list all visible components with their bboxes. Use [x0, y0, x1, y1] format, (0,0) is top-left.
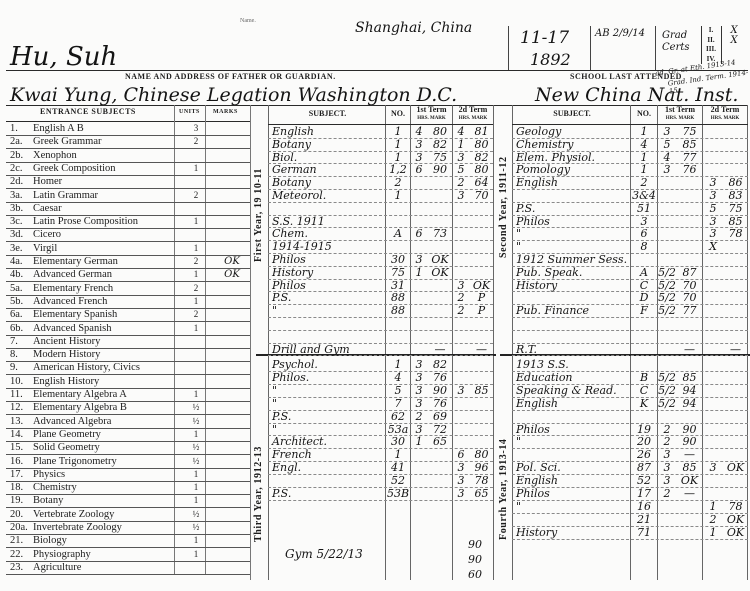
- no-header: No.: [386, 110, 410, 118]
- hrs-mark-header: Hrs. Mark: [411, 115, 452, 123]
- course-t1-hrs: 5/2: [658, 398, 676, 410]
- fourth-year-course-row: Philos19290: [0, 424, 750, 436]
- course-t2-mark: OK: [724, 527, 747, 539]
- course-no: 8: [631, 241, 657, 253]
- year-boxes: I. II. III. IV. X X: [701, 26, 748, 64]
- subject-header: Subject.: [270, 110, 385, 118]
- course-t1-hrs: 5/2: [658, 372, 676, 384]
- course-t2-hrs: 3: [703, 462, 723, 474]
- course-no: 4: [631, 139, 657, 151]
- course-subject: Pol. Sci.: [516, 462, 628, 474]
- course-t2-hrs: 3: [703, 190, 723, 202]
- course-t1-mark: 76: [677, 164, 702, 176]
- course-subject: Philos: [516, 216, 628, 228]
- footer-mark: 90: [468, 538, 482, 551]
- entrance-subject: Agriculture: [33, 561, 81, 574]
- course-subject: ": [516, 501, 628, 513]
- course-t1-mark: 85: [677, 462, 702, 474]
- marks-header: Marks: [213, 109, 238, 115]
- fourth-year-course-row: "20290: [0, 436, 750, 448]
- course-no: 1: [631, 126, 657, 138]
- course-t1-mark: 77: [677, 152, 702, 164]
- course-t1-mark: —: [677, 449, 702, 461]
- second-year-course-row: "6378: [0, 228, 750, 240]
- fourth-year-course-row: 263—: [0, 449, 750, 461]
- course-subject: R.T.: [516, 344, 628, 356]
- course-t2-hrs: 1: [703, 527, 723, 539]
- course-t1-hrs: 5: [658, 139, 676, 151]
- course-subject: Chemistry: [516, 139, 628, 151]
- course-t1-mark: 75: [677, 126, 702, 138]
- year-box-label: I.: [702, 26, 720, 36]
- course-subject: Geology: [516, 126, 628, 138]
- course-subject: ": [516, 228, 628, 240]
- course-subject: Pub. Speak.: [516, 267, 628, 279]
- entrance-header: Entrance Subjects: [40, 107, 136, 116]
- course-no: C: [631, 385, 657, 397]
- course-subject: Education: [516, 372, 628, 384]
- course-t2-mark: OK: [724, 462, 747, 474]
- fourth-year-course-row: Speaking & Read.C5/294: [0, 385, 750, 397]
- second-year-course-row: English2386: [0, 177, 750, 189]
- course-t2-hrs: 3: [703, 228, 723, 240]
- entrance-subject: Physiography: [33, 548, 91, 561]
- course-subject: English: [516, 475, 628, 487]
- course-no: 52: [631, 475, 657, 487]
- subject-header: Subject.: [514, 110, 630, 118]
- course-subject: English: [516, 177, 628, 189]
- fourth-year-course-row: Pol. Sci.873853OK: [0, 462, 750, 474]
- course-t2-mark: 78: [724, 501, 747, 513]
- course-no: 26: [631, 449, 657, 461]
- fourth-year-course-row: EnglishK5/294: [0, 398, 750, 410]
- units-header: Units: [179, 109, 200, 115]
- second-year-course-row: [0, 331, 750, 343]
- second-year-course-row: 1912 Summer Sess.: [0, 254, 750, 266]
- course-t1-hrs: 3: [658, 126, 676, 138]
- admit-code: AB 2/9/14: [595, 28, 645, 39]
- course-subject: Philos: [516, 424, 628, 436]
- course-no: 20: [631, 436, 657, 448]
- course-t2-mark: 83: [724, 190, 747, 202]
- course-t2-hrs: 3: [703, 177, 723, 189]
- course-no: 3&4: [631, 190, 657, 202]
- hrs-mark-header: Hrs. Mark: [453, 115, 493, 123]
- course-t1-hrs: 5/2: [658, 267, 676, 279]
- course-t2-mark: 85: [724, 216, 747, 228]
- gym-note: Gym 5/22/13: [285, 547, 363, 561]
- course-no: C: [631, 280, 657, 292]
- course-t2-hrs: 3: [703, 216, 723, 228]
- course-t1-hrs: 2: [658, 424, 676, 436]
- course-subject: 1912 Summer Sess.: [516, 254, 628, 266]
- course-t1-hrs: 2: [658, 488, 676, 500]
- term1-header: 1st Term: [411, 106, 452, 114]
- course-t1-hrs: 3: [658, 164, 676, 176]
- course-t2-hrs: 5: [703, 203, 723, 215]
- year-box-mark: X: [722, 36, 746, 46]
- course-no: 21: [631, 514, 657, 526]
- course-no: 51: [631, 203, 657, 215]
- course-t1-hrs: 3: [658, 475, 676, 487]
- fourth-year-course-row: [0, 411, 750, 423]
- course-no: F: [631, 305, 657, 317]
- course-subject: ": [516, 436, 628, 448]
- entrance-row: 22.Physiography1: [6, 548, 250, 562]
- second-year-course-row: Chemistry4585: [0, 139, 750, 151]
- second-year-course-row: Pub. FinanceF5/277: [0, 305, 750, 317]
- hrs-mark-header: Hrs. Mark: [658, 115, 702, 123]
- fourth-year-course-row: History711OK: [0, 527, 750, 539]
- second-year-course-row: R.T.——: [0, 344, 750, 356]
- entrance-num: 22.: [10, 548, 32, 561]
- second-year-course-row: D5/270: [0, 292, 750, 304]
- birthplace: Shanghai, China: [355, 20, 472, 36]
- fourth-year-course-row: 1913 S.S.: [0, 359, 750, 371]
- footer-mark: 60: [468, 568, 482, 581]
- birth-date: 11-17: [520, 28, 569, 48]
- course-subject: Pub. Finance: [516, 305, 628, 317]
- second-year-course-row: Pomology1376: [0, 164, 750, 176]
- course-t1-hrs: 3: [658, 449, 676, 461]
- grad-note: Grad Certs: [662, 30, 702, 54]
- course-no: 1: [631, 164, 657, 176]
- second-year-course-row: "8X: [0, 241, 750, 253]
- fourth-year-course-row: EducationB5/285: [0, 372, 750, 384]
- course-subject: P.S.: [516, 203, 628, 215]
- fourth-year-course-row: "16178: [0, 501, 750, 513]
- course-t1-mark: 70: [677, 280, 702, 292]
- course-subject: Philos: [516, 488, 628, 500]
- course-no: A: [631, 267, 657, 279]
- name-label: Name.: [240, 18, 256, 24]
- student-name: Hu, Suh: [10, 42, 117, 72]
- second-year-course-row: HistoryC5/270: [0, 280, 750, 292]
- course-t1-mark: 90: [677, 424, 702, 436]
- entrance-units: 1: [184, 548, 208, 561]
- course-t1-hrs: 5/2: [658, 280, 676, 292]
- course-no: 19: [631, 424, 657, 436]
- course-t1-mark: 87: [677, 267, 702, 279]
- course-t1-hrs: 4: [658, 152, 676, 164]
- course-t1-mark: 85: [677, 372, 702, 384]
- course-subject: History: [516, 527, 628, 539]
- course-t1-hrs: 2: [658, 436, 676, 448]
- course-t1-mark: 94: [677, 385, 702, 397]
- father-label: Name and Address of Father or Guardian.: [125, 72, 336, 81]
- course-t2-hrs: 1: [703, 501, 723, 513]
- course-no: 3: [631, 216, 657, 228]
- entrance-row: 23.Agriculture: [6, 561, 250, 575]
- course-t1-hrs: 5/2: [658, 292, 676, 304]
- second-year-course-row: Geology1375: [0, 126, 750, 138]
- second-year-course-row: [0, 318, 750, 330]
- second-year-course-row: P.S.51575: [0, 203, 750, 215]
- course-no: 16: [631, 501, 657, 513]
- course-subject: Speaking & Read.: [516, 385, 628, 397]
- term2-header: 2d Term: [453, 106, 493, 114]
- course-t1-mark: 70: [677, 292, 702, 304]
- second-year-course-row: Philos3385: [0, 216, 750, 228]
- course-t2-mark: 86: [724, 177, 747, 189]
- course-subject: Pomology: [516, 164, 628, 176]
- year-box-label: II.: [702, 36, 720, 46]
- course-t1-mark: OK: [677, 475, 702, 487]
- course-subject: History: [516, 280, 628, 292]
- course-no: B: [631, 372, 657, 384]
- course-t1-mark: 94: [677, 398, 702, 410]
- course-no: K: [631, 398, 657, 410]
- course-t1-hrs: 5/2: [658, 305, 676, 317]
- course-subject: Elem. Physiol.: [516, 152, 628, 164]
- term2-header: 2d Term: [703, 106, 747, 114]
- course-no: 17: [631, 488, 657, 500]
- no-header: No.: [631, 110, 657, 118]
- course-t1-mark: 77: [677, 305, 702, 317]
- course-subject: ": [516, 241, 628, 253]
- course-no: 6: [631, 228, 657, 240]
- school-value: New China Nat. Inst.: [535, 84, 738, 106]
- term1-header: 1st Term: [658, 106, 702, 114]
- course-subject: 1913 S.S.: [516, 359, 628, 371]
- course-t2-hrs: 2: [703, 514, 723, 526]
- course-t1-mark: —: [677, 344, 702, 356]
- father-value: Kwai Yung, Chinese Legation Washington D…: [10, 84, 457, 106]
- course-t2-mark: 75: [724, 203, 747, 215]
- course-no: 71: [631, 527, 657, 539]
- fourth-year-course-row: Philos172—: [0, 488, 750, 500]
- course-no: 1: [631, 152, 657, 164]
- course-t1-hrs: 3: [658, 462, 676, 474]
- year-box-label: III.: [702, 45, 720, 55]
- course-no: 2: [631, 177, 657, 189]
- second-year-course-row: Pub. Speak.A5/287: [0, 267, 750, 279]
- fourth-year-course-row: 212OK: [0, 514, 750, 526]
- course-t2-hrs: X: [703, 241, 723, 253]
- course-no: D: [631, 292, 657, 304]
- entrance-num: 23.: [10, 561, 32, 574]
- course-t1-hrs: 5/2: [658, 385, 676, 397]
- fourth-year-course-row: English523OK: [0, 475, 750, 487]
- second-year-course-row: 3&4383: [0, 190, 750, 202]
- course-t2-mark: 78: [724, 228, 747, 240]
- course-no: 87: [631, 462, 657, 474]
- hrs-mark-header: Hrs. Mark: [703, 115, 747, 123]
- course-t1-mark: —: [677, 488, 702, 500]
- footer-mark: 90: [468, 553, 482, 566]
- second-year-course-row: Elem. Physiol.1477: [0, 152, 750, 164]
- course-t1-mark: 90: [677, 436, 702, 448]
- course-t2-mark: OK: [724, 514, 747, 526]
- course-t1-mark: 85: [677, 139, 702, 151]
- course-t2-mark: —: [724, 344, 747, 356]
- course-subject: English: [516, 398, 628, 410]
- school-label: School Last Attended: [570, 72, 682, 81]
- birth-year: 1892: [530, 50, 571, 69]
